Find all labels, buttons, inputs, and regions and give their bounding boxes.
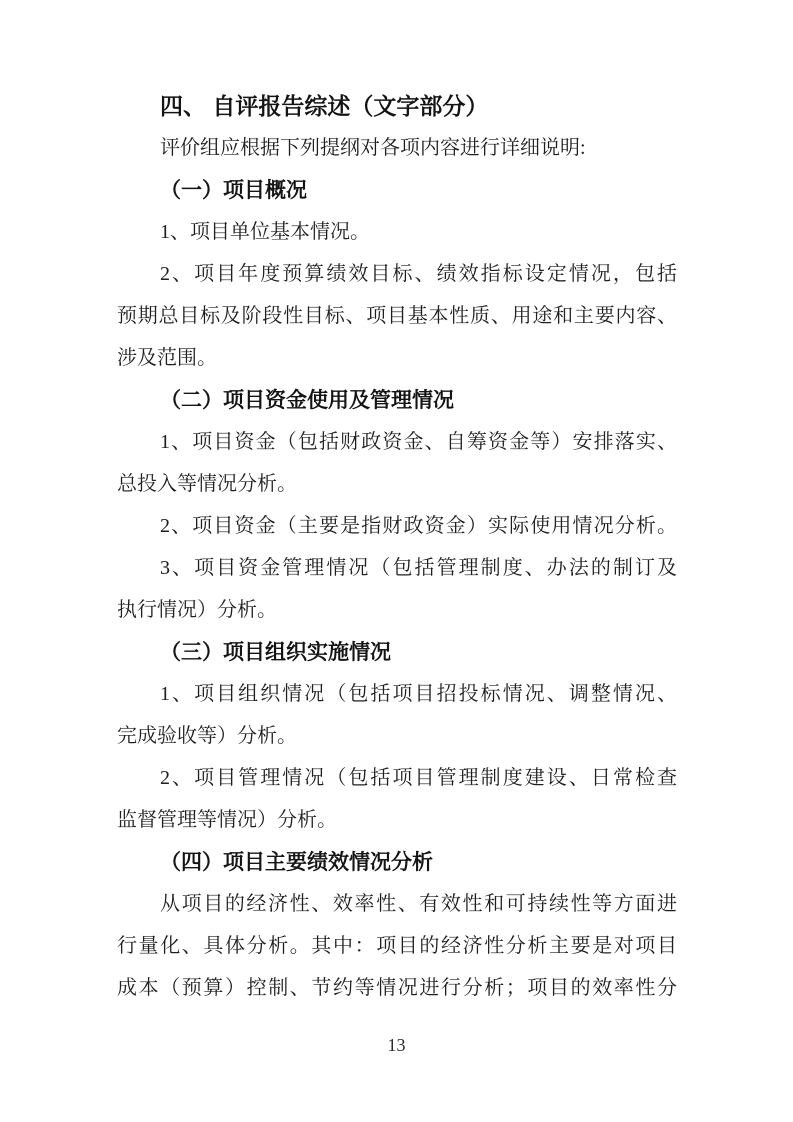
paragraph-line: 预期总目标及阶段性目标、项目基本性质、用途和主要内容、 — [117, 295, 677, 337]
paragraph-line: 3、项目资金管理情况（包括管理制度、办法的制订及 — [117, 547, 677, 589]
heading-sub-3: （三）项目组织实施情况 — [117, 631, 677, 673]
paragraph-line: 行量化、具体分析。其中：项目的经济性分析主要是对项目 — [117, 925, 677, 967]
paragraph-line: 总投入等情况分析。 — [117, 463, 677, 505]
paragraph-line: 2、项目年度预算绩效目标、绩效指标设定情况，包括 — [117, 253, 677, 295]
paragraph-line: 从项目的经济性、效率性、有效性和可持续性等方面进 — [117, 883, 677, 925]
paragraph-line: 1、项目组织情况（包括项目招投标情况、调整情况、 — [117, 673, 677, 715]
paragraph-line: 1、项目资金（包括财政资金、自筹资金等）安排落实、 — [117, 421, 677, 463]
paragraph-line: 成本（预算）控制、节约等情况进行分析；项目的效率性分 — [117, 967, 677, 1009]
paragraph-line: 涉及范围。 — [117, 337, 677, 379]
heading-sub-2: （二）项目资金使用及管理情况 — [117, 379, 677, 421]
paragraph-line: 监督管理等情况）分析。 — [117, 799, 677, 841]
page-number: 13 — [0, 1032, 793, 1058]
heading-sub-4: （四）项目主要绩效情况分析 — [117, 841, 677, 883]
paragraph-line: 2、项目资金（主要是指财政资金）实际使用情况分析。 — [117, 505, 677, 547]
heading-section-4: 四、 自评报告综述（文字部分） — [117, 85, 677, 127]
paragraph-line: 1、项目单位基本情况。 — [117, 211, 677, 253]
paragraph-line: 2、项目管理情况（包括项目管理制度建设、日常检查 — [117, 757, 677, 799]
heading-sub-1: （一）项目概况 — [117, 169, 677, 211]
paragraph-line: 评价组应根据下列提纲对各项内容进行详细说明: — [117, 127, 677, 169]
document-page: 四、 自评报告综述（文字部分） 评价组应根据下列提纲对各项内容进行详细说明: （… — [0, 0, 793, 1122]
paragraph-line: 完成验收等）分析。 — [117, 715, 677, 757]
paragraph-line: 执行情况）分析。 — [117, 589, 677, 631]
document-body: 四、 自评报告综述（文字部分） 评价组应根据下列提纲对各项内容进行详细说明: （… — [117, 85, 677, 1009]
